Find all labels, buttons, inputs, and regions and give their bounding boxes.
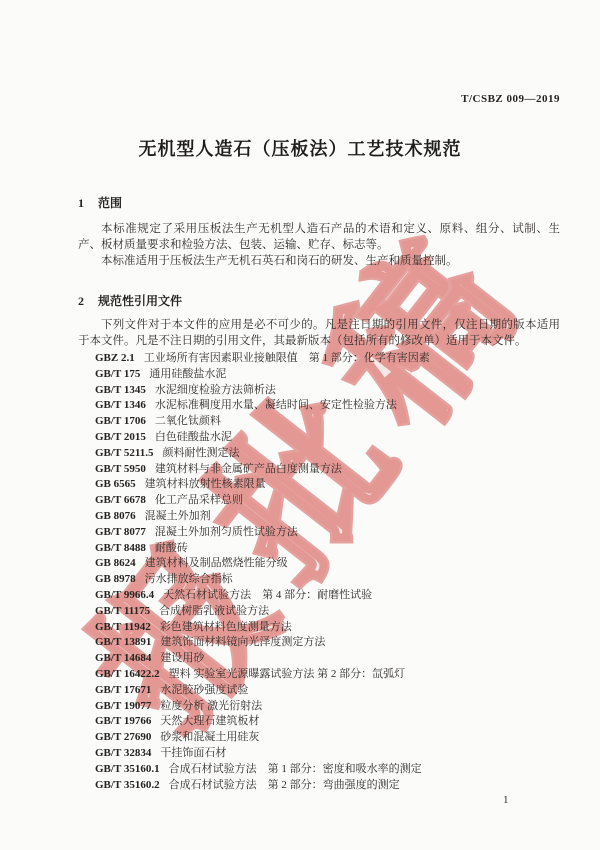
reference-code: GB/T 14684 (95, 652, 151, 664)
reference-title: 化工产品采样总则 (155, 494, 243, 506)
reference-item: GB/T 27690砂浆和混凝土用硅灰 (78, 730, 578, 746)
reference-item: GB/T 1345水泥细度检验方法筛析法 (78, 383, 578, 399)
reference-code: GB/T 13891 (95, 636, 151, 648)
reference-code: GB/T 8488 (95, 542, 146, 554)
reference-item: GB/T 35160.1合成石材试验方法 第 1 部分：密度和吸水率的测定 (78, 762, 578, 778)
reference-title: 天然大理石建筑板材 (160, 715, 259, 727)
section-1-number: 1 (78, 196, 84, 210)
reference-item: GB 6565建筑材料放射性核素限量 (78, 477, 578, 493)
reference-title: 工业场所有害因素职业接触限值 第 1 部分：化学有害因素 (144, 352, 430, 364)
reference-title: 合成石材试验方法 第 2 部分：弯曲强度的测定 (169, 779, 400, 791)
reference-title: 水泥标准稠度用水量、凝结时间、安定性检验方法 (155, 399, 397, 411)
reference-item: GB/T 1706二氧化钛颜料 (78, 414, 578, 430)
reference-code: GB/T 2015 (95, 431, 146, 443)
scope-paragraph-1: 本标准规定了采用压板法生产无机型人造石产品的术语和定义、原料、组分、试制、生产、… (78, 221, 560, 253)
reference-code: GB/T 35160.1 (95, 763, 160, 775)
reference-title: 干挂饰面石材 (160, 747, 226, 759)
reference-code: GB/T 6678 (95, 494, 146, 506)
reference-code: GB/T 175 (95, 368, 140, 380)
reference-title: 建筑材料放射性核素限量 (145, 478, 266, 490)
reference-code: GB/T 11175 (95, 605, 150, 617)
reference-code: GB/T 8077 (95, 526, 146, 538)
reference-title: 混凝土外加剂 (145, 510, 211, 522)
normative-references-list: GBZ 2.1工业场所有害因素职业接触限值 第 1 部分：化学有害因素 GB/T… (78, 351, 578, 793)
reference-item: GB/T 11175合成树脂乳液试验方法 (78, 604, 578, 620)
reference-code: GB/T 1345 (95, 384, 146, 396)
reference-code: GB/T 27690 (95, 731, 151, 743)
reference-code: GB/T 9966.4 (95, 589, 154, 601)
reference-item: GB/T 5950建筑材料与非金属矿产品白度测量方法 (78, 462, 578, 478)
reference-title: 颜料耐性测定法 (162, 447, 239, 459)
reference-code: GB/T 19077 (95, 700, 151, 712)
section-2-title: 规范性引用文件 (98, 294, 182, 308)
reference-item: GB/T 32834干挂饰面石材 (78, 746, 578, 762)
scope-paragraphs: 本标准规定了采用压板法生产无机型人造石产品的术语和定义、原料、组分、试制、生产、… (78, 221, 560, 269)
reference-title: 耐酸砖 (155, 542, 188, 554)
reference-item: GB/T 16422.2塑料 实验室光源曝露试验方法 第 2 部分：氙弧灯 (78, 667, 578, 683)
reference-item: GB/T 13891建筑饰面材料镜向光泽度测定方法 (78, 635, 578, 651)
reference-title: 白色硅酸盐水泥 (155, 431, 232, 443)
reference-item: GB/T 5211.5颜料耐性测定法 (78, 446, 578, 462)
reference-item: GB 8978污水排放综合指标 (78, 572, 578, 588)
reference-item: GB/T 35160.2合成石材试验方法 第 2 部分：弯曲强度的测定 (78, 778, 578, 794)
reference-item: GB 8624建筑材料及制品燃烧性能分级 (78, 556, 578, 572)
reference-code: GB 6565 (95, 478, 136, 490)
reference-title: 混凝土外加剂匀质性试验方法 (155, 526, 298, 538)
reference-item: GB/T 14684建设用砂 (78, 651, 578, 667)
reference-code: GB 8076 (95, 510, 136, 522)
reference-item: GB/T 11942彩色建筑材料色度测量方法 (78, 620, 578, 636)
reference-code: GB/T 1706 (95, 415, 146, 427)
reference-item: GBZ 2.1工业场所有害因素职业接触限值 第 1 部分：化学有害因素 (78, 351, 578, 367)
scope-paragraph-2: 本标准适用于压板法生产无机石英石和岗石的研发、生产和质量控制。 (78, 253, 560, 269)
page-number: 1 (503, 794, 509, 806)
reference-item: GB/T 1346水泥标准稠度用水量、凝结时间、安定性检验方法 (78, 398, 578, 414)
reference-item: GB/T 17671水泥胶砂强度试验 (78, 683, 578, 699)
reference-code: GB/T 35160.2 (95, 779, 160, 791)
reference-title: 砂浆和混凝土用硅灰 (160, 731, 259, 743)
document-title: 无机型人造石（压板法）工艺技术规范 (0, 135, 600, 161)
reference-title: 通用硅酸盐水泥 (149, 368, 226, 380)
reference-title: 粒度分析 激光衍射法 (160, 700, 262, 712)
normative-references-intro: 下列文件对于本文件的应用是必不可少的。凡是注日期的引用文件，仅注日期的版本适用于… (78, 317, 560, 349)
section-1-title: 范围 (98, 196, 122, 210)
reference-item: GB/T 9966.4天然石材试验方法 第 4 部分：耐磨性试验 (78, 588, 578, 604)
reference-code: GB/T 5211.5 (95, 447, 153, 459)
reference-title: 建筑材料与非金属矿产品白度测量方法 (155, 463, 342, 475)
reference-item: GB/T 8488耐酸砖 (78, 541, 578, 557)
reference-code: GB 8624 (95, 557, 136, 569)
section-2-number: 2 (78, 294, 84, 308)
reference-title: 建设用砂 (160, 652, 204, 664)
reference-code: GB/T 19766 (95, 715, 151, 727)
reference-title: 合成石材试验方法 第 1 部分：密度和吸水率的测定 (169, 763, 422, 775)
reference-code: GB/T 32834 (95, 747, 151, 759)
reference-title: 建筑材料及制品燃烧性能分级 (145, 557, 288, 569)
reference-code: GB/T 5950 (95, 463, 146, 475)
reference-item: GB/T 2015白色硅酸盐水泥 (78, 430, 578, 446)
reference-item: GB/T 19766天然大理石建筑板材 (78, 714, 578, 730)
normative-references-intro-text: 下列文件对于本文件的应用是必不可少的。凡是注日期的引用文件，仅注日期的版本适用于… (78, 317, 560, 349)
reference-code: GB/T 11942 (95, 621, 151, 633)
reference-item: GB/T 8077混凝土外加剂匀质性试验方法 (78, 525, 578, 541)
section-1-heading: 1范围 (78, 194, 122, 211)
document-page: 报批稿 T/CSBZ 009—2019 无机型人造石（压板法）工艺技术规范 1范… (0, 0, 600, 850)
reference-code: GB/T 17671 (95, 684, 151, 696)
reference-item: GB/T 19077粒度分析 激光衍射法 (78, 699, 578, 715)
reference-item: GB/T 6678化工产品采样总则 (78, 493, 578, 509)
reference-code: GBZ 2.1 (95, 352, 135, 364)
reference-title: 污水排放综合指标 (145, 573, 233, 585)
reference-title: 二氧化钛颜料 (155, 415, 221, 427)
reference-title: 天然石材试验方法 第 4 部分：耐磨性试验 (163, 589, 372, 601)
reference-code: GB/T 16422.2 (95, 668, 160, 680)
reference-title: 彩色建筑材料色度测量方法 (160, 621, 292, 633)
reference-title: 水泥胶砂强度试验 (160, 684, 248, 696)
reference-item: GB 8076混凝土外加剂 (78, 509, 578, 525)
standard-number: T/CSBZ 009—2019 (461, 93, 560, 105)
reference-title: 建筑饰面材料镜向光泽度测定方法 (160, 636, 325, 648)
section-2-heading: 2规范性引用文件 (78, 292, 182, 309)
reference-title: 水泥细度检验方法筛析法 (155, 384, 276, 396)
reference-title: 合成树脂乳液试验方法 (159, 605, 269, 617)
reference-code: GB 8978 (95, 573, 136, 585)
reference-code: GB/T 1346 (95, 399, 146, 411)
reference-title: 塑料 实验室光源曝露试验方法 第 2 部分：氙弧灯 (169, 668, 406, 680)
reference-item: GB/T 175通用硅酸盐水泥 (78, 367, 578, 383)
